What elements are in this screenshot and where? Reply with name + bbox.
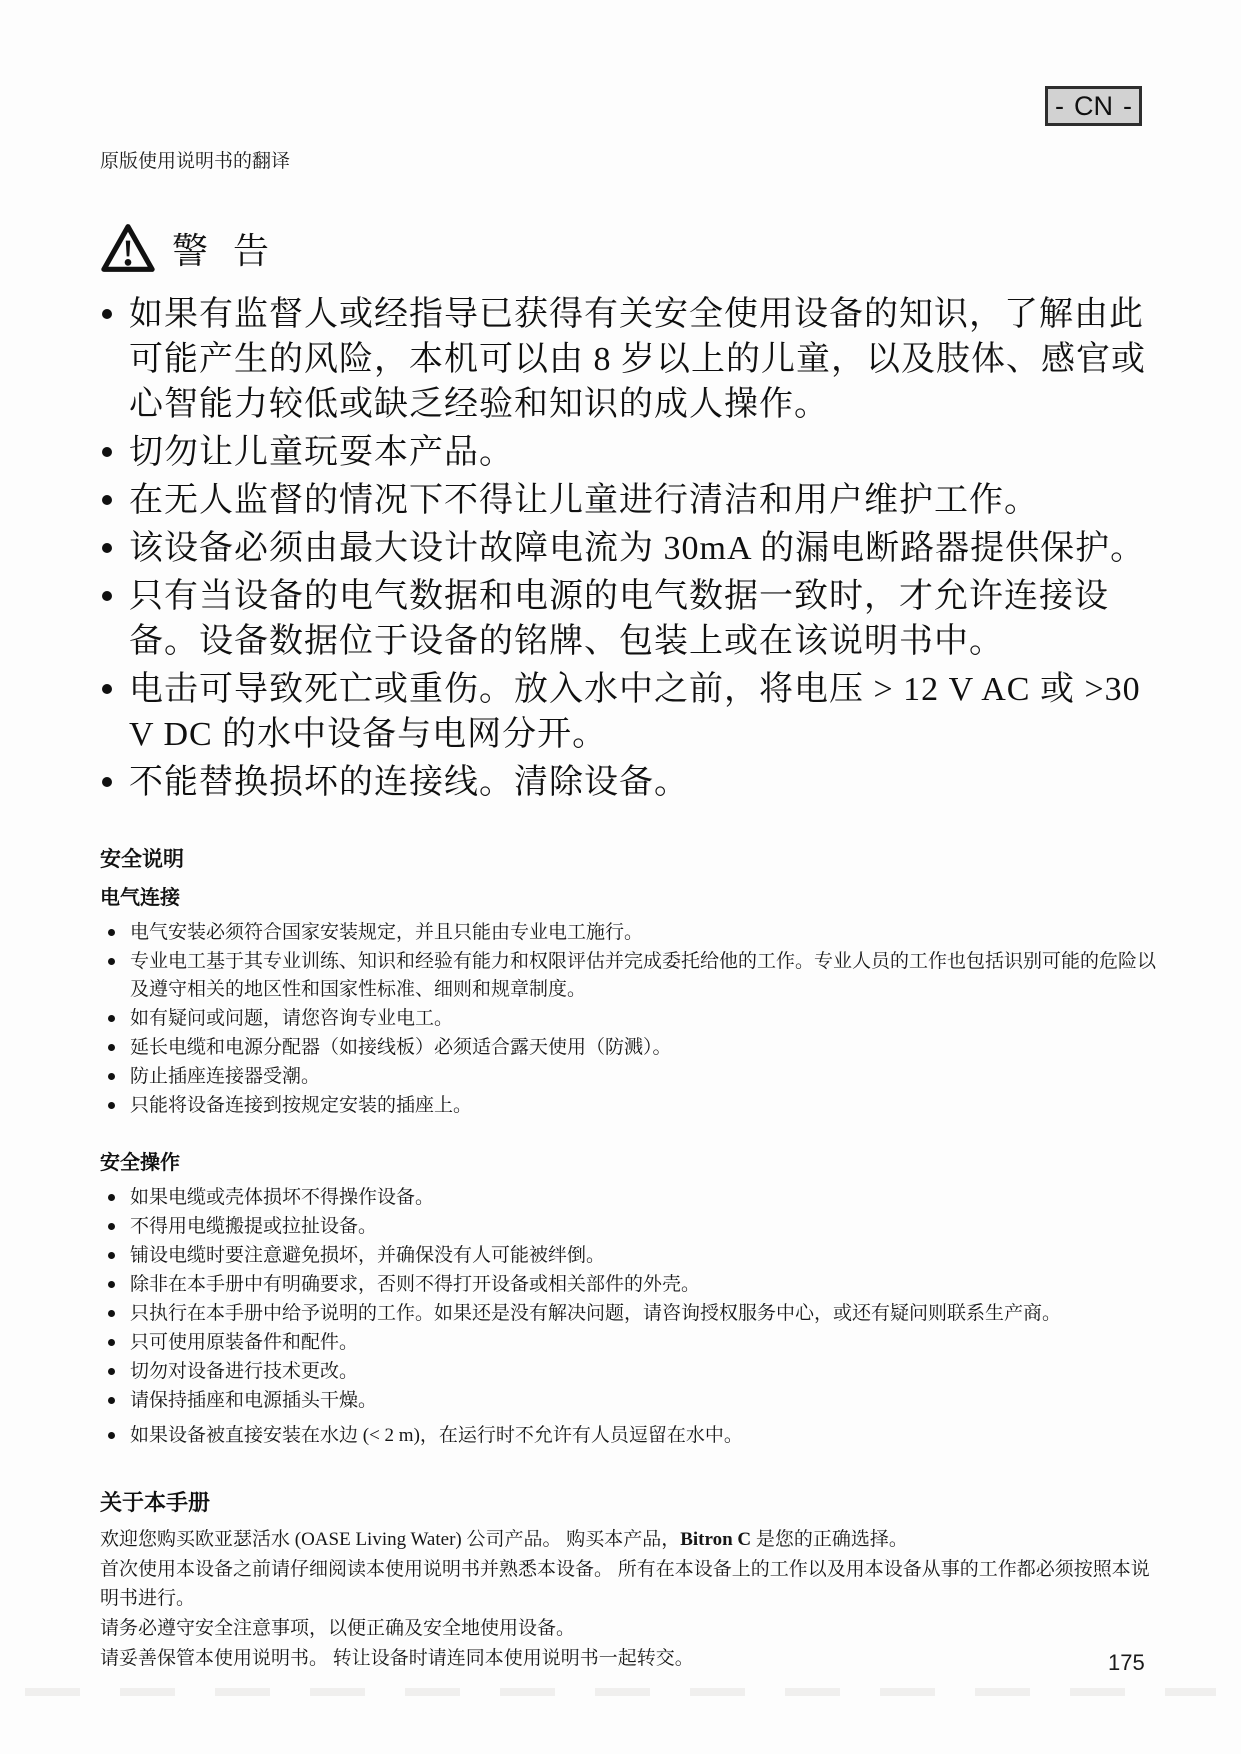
safety-notes-title: 安全说明 (100, 843, 1156, 873)
operation-item: 请保持插座和电源插头干燥。 (100, 1387, 1156, 1415)
translation-note: 原版使用说明书的翻译 (100, 150, 1156, 174)
about-paragraph-read-first: 首次使用本设备之前请仔细阅读本使用说明书并熟悉本设备。 所有在本设备上的工作以及… (100, 1555, 1156, 1613)
warning-title: 警 告 (172, 223, 277, 274)
electrical-item: 只能将设备连接到按规定安装的插座上。 (100, 1092, 1156, 1120)
welcome-text-pre: 欢迎您购买欧亚瑟活水 (OASE Living Water) 公司产品。 购买本… (100, 1529, 680, 1550)
operation-item: 只可使用原装备件和配件。 (100, 1329, 1156, 1357)
electrical-item: 如有疑问或问题，请您咨询专业电工。 (100, 1005, 1156, 1033)
badge-dash-left: - (1055, 91, 1064, 122)
electrical-item: 延长电缆和电源分配器（如接线板）必须适合露天使用（防溅）。 (100, 1034, 1156, 1062)
operation-item: 除非在本手册中有明确要求，否则不得打开设备或相关部件的外壳。 (100, 1271, 1156, 1299)
electrical-item: 专业电工基于其专业训练、知识和经验有能力和权限评估并完成委托给他的工作。专业人员… (100, 948, 1156, 1004)
warning-header: 警 告 (100, 220, 1156, 276)
about-paragraph-keep: 请妥善保管本使用说明书。 转让设备时请连同本使用说明书一起转交。 (100, 1644, 1156, 1673)
warning-item: 切勿让儿童玩耍本产品。 (100, 430, 1156, 475)
electrical-item: 防止插座连接器受潮。 (100, 1063, 1156, 1091)
warning-item: 电击可导致死亡或重伤。放入水中之前，将电压 > 12 V AC 或 >30 V … (100, 667, 1156, 757)
operation-item: 不得用电缆搬提或拉扯设备。 (100, 1213, 1156, 1241)
warning-item: 只有当设备的电气数据和电源的电气数据一致时，才允许连接设备。设备数据位于设备的铭… (100, 574, 1156, 664)
operation-item: 如果设备被直接安装在水边 (< 2 m)，在运行时不允许有人员逗留在水中。 (100, 1422, 1156, 1450)
product-name: Bitron C (680, 1529, 751, 1550)
welcome-text-post: 是您的正确选择。 (751, 1529, 908, 1550)
about-paragraph-welcome: 欢迎您购买欧亚瑟活水 (OASE Living Water) 公司产品。 购买本… (100, 1525, 1156, 1554)
electrical-connection-title: 电气连接 (100, 881, 1156, 910)
warning-item: 如果有监督人或经指导已获得有关安全使用设备的知识，了解由此可能产生的风险，本机可… (100, 292, 1156, 427)
safe-operation-title: 安全操作 (100, 1146, 1156, 1175)
scan-artifact-line (25, 1688, 1216, 1696)
warning-item: 该设备必须由最大设计故障电流为 30mA 的漏电断路器提供保护。 (100, 526, 1156, 571)
warning-list: 如果有监督人或经指导已获得有关安全使用设备的知识，了解由此可能产生的风险，本机可… (100, 292, 1156, 805)
electrical-connection-list: 电气安装必须符合国家安装规定，并且只能由专业电工施行。 专业电工基于其专业训练、… (100, 919, 1156, 1120)
operation-item: 切勿对设备进行技术更改。 (100, 1358, 1156, 1386)
page-content: 原版使用说明书的翻译 警 告 如果有监督人或经指导已获得有关安全使用设备的知识，… (0, 0, 1241, 1673)
manual-page: - CN - 原版使用说明书的翻译 警 告 如果有监督人或经指导已获得有关安全使… (0, 0, 1241, 1754)
warning-triangle-icon (100, 222, 156, 274)
safe-operation-list: 如果电缆或壳体损坏不得操作设备。 不得用电缆搬提或拉扯设备。 铺设电缆时要注意避… (100, 1184, 1156, 1450)
about-paragraph-safety: 请务必遵守安全注意事项，以便正确及安全地使用设备。 (100, 1614, 1156, 1643)
language-badge: - CN - (1045, 86, 1142, 126)
operation-item: 如果电缆或壳体损坏不得操作设备。 (100, 1184, 1156, 1212)
page-number: 175 (1108, 1650, 1145, 1676)
warning-item: 不能替换损坏的连接线。清除设备。 (100, 760, 1156, 805)
badge-dash-right: - (1123, 91, 1132, 122)
operation-item: 铺设电缆时要注意避免损坏，并确保没有人可能被绊倒。 (100, 1242, 1156, 1270)
about-manual-title: 关于本手册 (100, 1486, 1156, 1517)
warning-item: 在无人监督的情况下不得让儿童进行清洁和用户维护工作。 (100, 478, 1156, 523)
electrical-item: 电气安装必须符合国家安装规定，并且只能由专业电工施行。 (100, 919, 1156, 947)
badge-language-code: CN (1074, 91, 1113, 122)
operation-item: 只执行在本手册中给予说明的工作。如果还是没有解决问题，请咨询授权服务中心，或还有… (100, 1300, 1156, 1328)
